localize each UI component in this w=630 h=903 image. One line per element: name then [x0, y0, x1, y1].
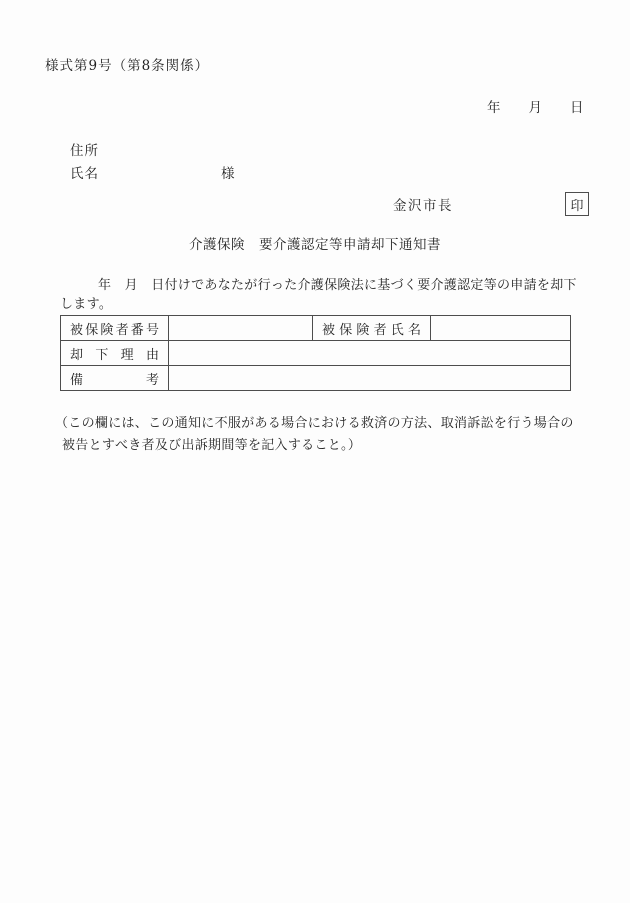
- seal-box: 印: [565, 192, 589, 216]
- table-row-remarks: 備考: [61, 366, 571, 391]
- form-number: 様式第9号（第8条関係）: [45, 54, 209, 74]
- name-label: 氏名: [70, 166, 99, 182]
- address-label: 住所: [70, 139, 99, 159]
- month-label: 月: [529, 96, 543, 116]
- body-line-2: します。: [60, 295, 577, 314]
- document-page: 様式第9号（第8条関係） 年 月 日 住所 氏名様 金沢市長 印 介護保険 要介…: [0, 0, 630, 903]
- seal-icon: 印: [570, 195, 583, 214]
- table-row-insured: 被保険者番号 被保険者氏名: [61, 316, 571, 341]
- insured-number-label-cell: 被保険者番号: [61, 316, 169, 341]
- remarks-label-cell: 備考: [61, 366, 169, 391]
- document-title: 介護保険 要介護認定等申請却下通知書: [0, 233, 630, 253]
- honorific-label: 様: [221, 166, 236, 182]
- remarks-value-cell: [169, 366, 571, 391]
- insured-name-label-cell: 被保険者氏名: [313, 316, 431, 341]
- notice-table: 被保険者番号 被保険者氏名 却下理由 備考: [60, 315, 571, 391]
- table-row-rejection-reason: 却下理由: [61, 341, 571, 366]
- year-label: 年: [487, 96, 501, 116]
- footnote-line-2: 被告とすべき者及び出訴期間等を記入すること。）: [55, 435, 574, 457]
- body-line-1: 年 月 日付けであなたが行った介護保険法に基づく要介護認定等の申請を却下: [60, 276, 577, 295]
- footnote: （この欄には、この通知に不服がある場合における救済の方法、取消訴訟を行う場合の …: [55, 413, 574, 457]
- body-paragraph: 年 月 日付けであなたが行った介護保険法に基づく要介護認定等の申請を却下 します…: [60, 276, 577, 314]
- footnote-line-1: （この欄には、この通知に不服がある場合における救済の方法、取消訴訟を行う場合の: [55, 413, 574, 435]
- rejection-reason-label-cell: 却下理由: [61, 341, 169, 366]
- insured-name-value-cell: [431, 316, 571, 341]
- mayor-name: 金沢市長: [393, 194, 453, 214]
- insured-number-value-cell: [169, 316, 313, 341]
- day-label: 日: [570, 96, 584, 116]
- rejection-reason-value-cell: [169, 341, 571, 366]
- name-line: 氏名様: [70, 162, 236, 182]
- date-line: 年 月 日: [487, 96, 584, 116]
